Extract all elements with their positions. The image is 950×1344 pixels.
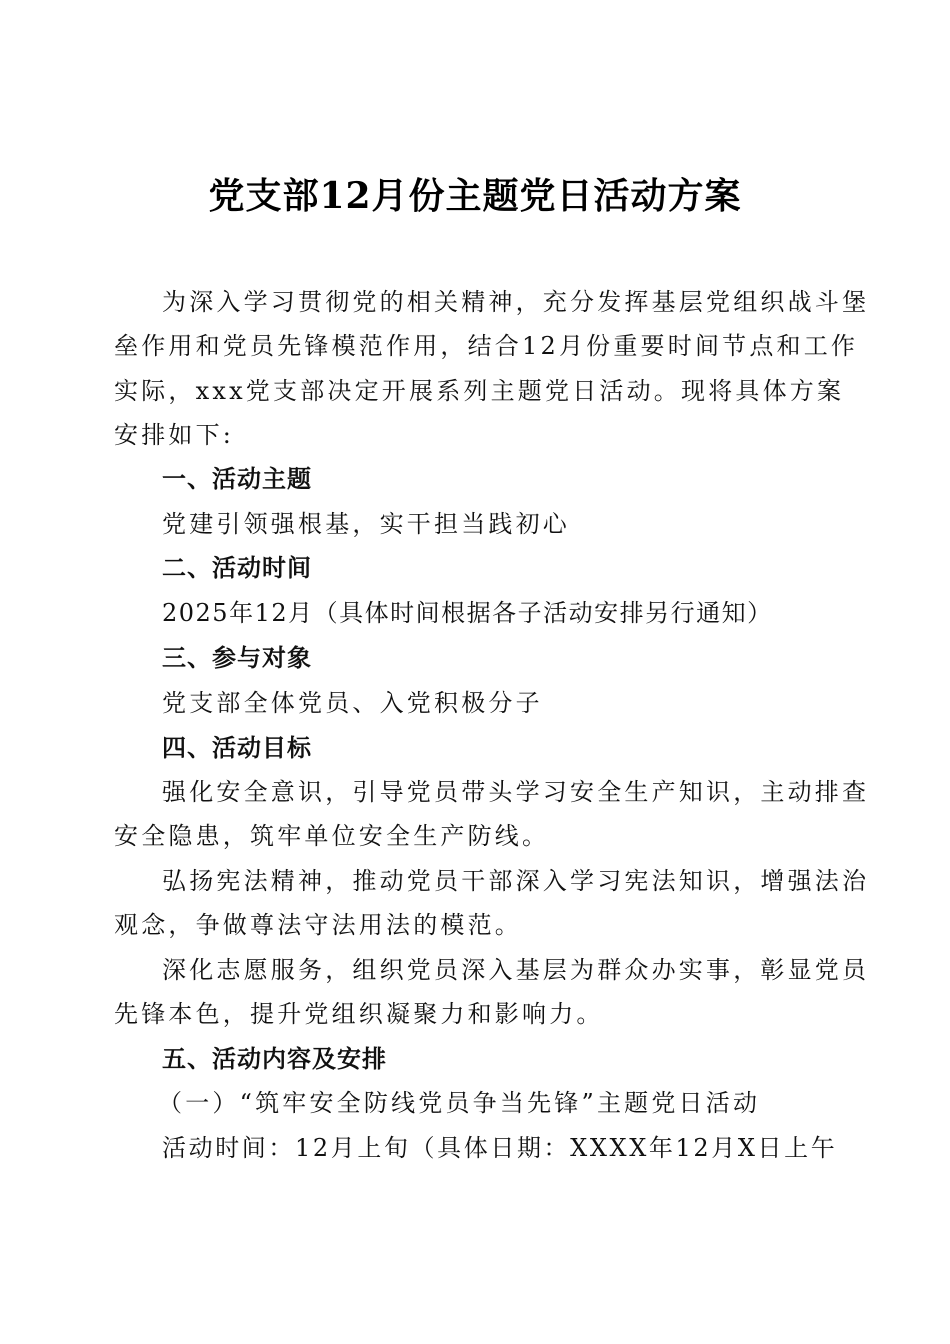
section-text: 强化安全意识，引导党员带头学习安全生产知识，主动排查 [162, 772, 832, 807]
section-text: 安全隐患，筑牢单位安全生产防线。 [114, 816, 784, 851]
intro-line: 垒作用和党员先锋模范作用，结合12月份重要时间节点和工作 [114, 326, 784, 361]
section-text: 深化志愿服务，组织党员深入基层为群众办实事，彰显党员 [162, 950, 832, 985]
section-text: 先锋本色，提升党组织凝聚力和影响力。 [114, 994, 784, 1029]
section-heading-goals: 四、活动目标 [162, 728, 312, 763]
section-text: 党建引领强根基，实干担当践初心 [162, 504, 832, 539]
section-text: 2025年12月（具体时间根据各子活动安排另行通知） [162, 593, 832, 628]
intro-line: 实际，xxx党支部决定开展系列主题党日活动。现将具体方案 [114, 371, 784, 406]
intro-line: 为深入学习贯彻党的相关精神，充分发挥基层党组织战斗堡 [162, 282, 832, 317]
section-text: 弘扬宪法精神，推动党员干部深入学习宪法知识，增强法治 [162, 861, 832, 896]
document-page: 党支部12月份主题党日活动方案 为深入学习贯彻党的相关精神，充分发挥基层党组织战… [0, 0, 950, 1344]
section-heading-theme: 一、活动主题 [162, 459, 312, 494]
subsection-title: （一）“筑牢安全防线党员争当先锋”主题党日活动 [158, 1083, 828, 1118]
section-heading-time: 二、活动时间 [162, 548, 312, 583]
intro-line: 安排如下: [114, 415, 784, 450]
section-heading-participants: 三、参与对象 [162, 638, 312, 673]
document-title: 党支部12月份主题党日活动方案 [0, 168, 950, 219]
section-text: 观念，争做尊法守法用法的模范。 [114, 905, 784, 940]
section-text: 活动时间：12月上旬（具体日期：XXXX年12月X日上午 [162, 1128, 832, 1163]
section-text: 党支部全体党员、入党积极分子 [162, 683, 832, 718]
section-heading-content: 五、活动内容及安排 [162, 1039, 387, 1074]
